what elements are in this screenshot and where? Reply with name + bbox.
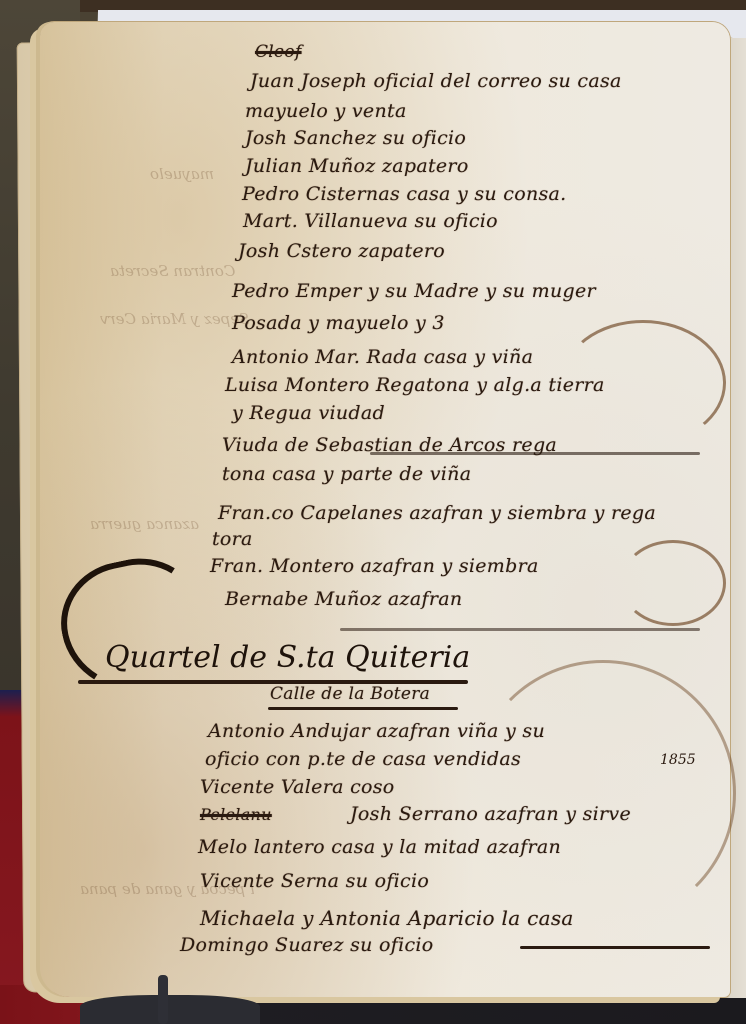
- section-entry: Josh Serrano azafran y sirve: [350, 803, 631, 825]
- entry-line: Pedro Cisternas casa y su consa.: [242, 183, 567, 205]
- entry-line: Fran. Montero azafran y siembra: [210, 555, 539, 577]
- ink-stroke: [370, 452, 700, 455]
- entry-line: Josh Sanchez su oficio: [245, 127, 466, 149]
- entry-line: Antonio Mar. Rada casa y viña: [232, 346, 533, 368]
- entry-line: Julian Muñoz zapatero: [245, 155, 469, 177]
- entry-line: Pedro Emper y su Madre y su muger: [232, 280, 596, 302]
- ink-stroke: [340, 628, 700, 631]
- street-underline: [268, 707, 458, 710]
- entry-line: Juan Joseph oficial del correo su casa: [250, 70, 622, 92]
- section-entry: Vicente Serna su oficio: [200, 870, 429, 892]
- section-entry: Michaela y Antonia Aparicio la casa: [200, 906, 574, 930]
- ink-flourish: [470, 660, 736, 926]
- entry-line: Luisa Montero Regatona y alg.a tierra: [225, 374, 605, 396]
- section-entry: Melo lantero casa y la mitad azafran: [198, 836, 561, 858]
- bleed-through-text: mayuelo: [150, 165, 214, 183]
- margin-year: 1855: [660, 752, 696, 768]
- book-stand-clip: [158, 975, 168, 1024]
- bleed-through-text: Contran Secreta: [110, 262, 235, 280]
- entry-line: Posada y mayuelo y 3: [232, 312, 445, 334]
- section-entry: Antonio Andujar azafran viña y su: [208, 720, 545, 742]
- entry-line: tona casa y parte de viña: [222, 463, 471, 485]
- entry-line: y Regua viudad: [232, 402, 385, 424]
- ink-stroke: [520, 946, 710, 949]
- entry-line: mayuelo y venta: [245, 100, 407, 122]
- bleed-through-text: azanca guerra: [90, 515, 199, 533]
- entry-line: tora: [212, 528, 253, 550]
- section-entry: Vicente Valera coso: [200, 776, 395, 798]
- street-heading: Calle de la Botera: [270, 684, 430, 704]
- struck-header: Cleof: [255, 42, 302, 62]
- bleed-through-text: Sepez y Maria Cerv: [100, 310, 250, 328]
- section-heading: Quartel de S.ta Quiteria: [105, 640, 470, 675]
- book-stand-base: [80, 995, 260, 1024]
- entry-line: Josh Cstero zapatero: [238, 240, 445, 262]
- struck-fragment: Pelelanu: [200, 805, 272, 824]
- entry-line: Bernabe Muñoz azafran: [225, 588, 462, 610]
- entry-line: Fran.co Capelanes azafran y siembra y re…: [218, 502, 656, 524]
- section-entry: Domingo Suarez su oficio: [180, 934, 434, 956]
- ink-flourish: [620, 540, 726, 626]
- entry-line: Mart. Villanueva su oficio: [243, 210, 498, 232]
- section-entry: oficio con p.te de casa vendidas: [205, 748, 521, 770]
